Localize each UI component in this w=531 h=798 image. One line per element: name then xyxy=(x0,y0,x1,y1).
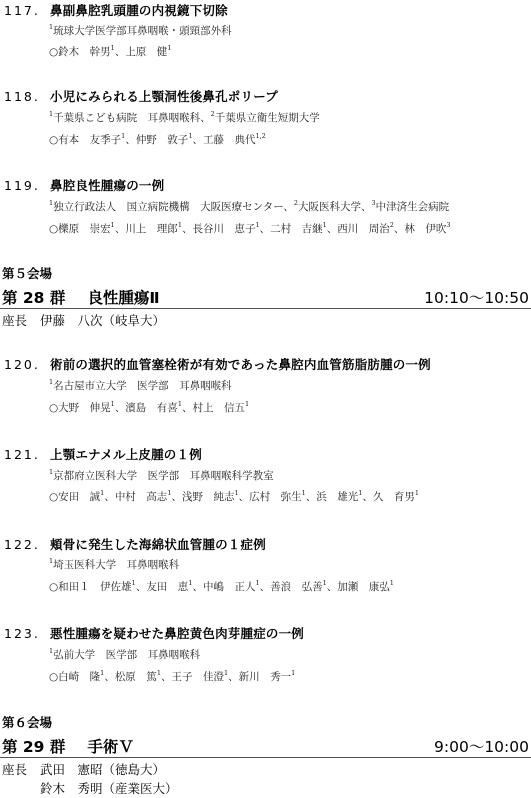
affiliation-line: 1独立行政法人 国立病院機構 大阪医療センター、2大阪医科大学、3中津済生会病院 xyxy=(49,200,449,214)
chairperson-line: 座長武田 憲昭（徳島大） xyxy=(2,762,165,778)
group-title: 第 29 群手術Ｖ xyxy=(2,738,134,756)
chair-name: 鈴木 秀明（産業医大） xyxy=(40,781,178,796)
presentation-number: 117. xyxy=(4,3,50,19)
authors-line: ○鈴木 幹男1、上原 健1 xyxy=(49,45,171,59)
chair-name: 伊藤 八次（岐阜大） xyxy=(40,313,165,328)
presentation-title-120: 120.術前の選択的血管塞栓術が有効であった鼻腔内血管筋脂肪腫の一例 xyxy=(4,357,431,373)
authors-line: ○安田 誠1、中村 高志1、浅野 純志1、広村 弥生1、浜 雄光1、久 育男1 xyxy=(49,490,419,504)
presentation-number: 123. xyxy=(4,626,50,642)
presentation-title-121: 121.上顎エナメル上皮腫の１例 xyxy=(4,447,202,463)
group-header: 第 29 群手術Ｖ 9:00～10:00 xyxy=(0,736,531,758)
affiliation-line: 1弘前大学 医学部 耳鼻咽喉科 xyxy=(49,648,200,662)
affiliation-line: 1京都府立医科大学 医学部 耳鼻咽喉科学教室 xyxy=(49,469,274,483)
authors-line: ○有本 友季子1、仲野 敦子1、工藤 典代1,2 xyxy=(49,133,266,147)
presentation-title-text: 小児にみられる上顎洞性後鼻孔ポリープ xyxy=(50,89,278,104)
presentation-title-text: 上顎エナメル上皮腫の１例 xyxy=(50,447,202,462)
affiliation-line: 1埼玉医科大学 耳鼻咽喉科 xyxy=(49,558,179,572)
room-label: 第５会場 xyxy=(2,266,52,282)
presentation-number: 120. xyxy=(4,357,50,373)
presentation-title-text: 鼻腔良性腫瘍の一例 xyxy=(50,178,164,193)
presentation-number: 121. xyxy=(4,447,50,463)
presentation-title-text: 鼻副鼻腔乳頭腫の内視鏡下切除 xyxy=(50,3,228,18)
chairperson-line: 座長伊藤 八次（岐阜大） xyxy=(2,313,165,329)
authors-line: ○櫟原 崇宏1、川上 理郎1、長谷川 恵子1、二村 吉継1、西川 周治2、林 伊… xyxy=(49,222,451,236)
presentation-title-122: 122.頬骨に発生した海綿状血管腫の１症例 xyxy=(4,537,266,553)
presentation-title-123: 123.悪性腫瘍を疑わせた鼻腔黄色肉芽腫症の一例 xyxy=(4,626,304,642)
authors-line: ○和田１ 伊佐雄1、友田 恵1、中嶋 正人1、善浪 弘善1、加瀬 康弘1 xyxy=(49,580,394,594)
group-label: 第 29 群 xyxy=(2,738,65,756)
presentation-title-text: 悪性腫瘍を疑わせた鼻腔黄色肉芽腫症の一例 xyxy=(50,626,304,641)
session-time: 10:10～10:50 xyxy=(424,289,529,307)
chairperson-line-2: 鈴木 秀明（産業医大） xyxy=(40,781,178,797)
presentation-number: 122. xyxy=(4,537,50,553)
group-name: 良性腫瘍Ⅱ xyxy=(87,289,159,307)
presentation-number: 119. xyxy=(4,178,50,194)
affiliation-line: 1名古屋市立大学 医学部 耳鼻咽喉科 xyxy=(49,379,232,393)
authors-line: ○大野 伸晃1、濱島 有喜1、村上 信五1 xyxy=(49,401,249,415)
group-title: 第 28 群良性腫瘍Ⅱ xyxy=(2,289,160,307)
group-name: 手術Ｖ xyxy=(87,738,134,756)
presentation-title-117: 117.鼻副鼻腔乳頭腫の内視鏡下切除 xyxy=(4,3,228,19)
presentation-title-119: 119.鼻腔良性腫瘍の一例 xyxy=(4,178,164,194)
group-label: 第 28 群 xyxy=(2,289,65,307)
group-header: 第 28 群良性腫瘍Ⅱ 10:10～10:50 xyxy=(0,287,531,309)
presentation-title-text: 頬骨に発生した海綿状血管腫の１症例 xyxy=(50,537,266,552)
chair-label: 座長 xyxy=(2,313,40,329)
authors-line: ○白崎 隆1、松原 篤1、王子 佳澄1、新川 秀一1 xyxy=(49,670,295,684)
chair-label: 座長 xyxy=(2,762,40,778)
affiliation-line: 1千葉県こども病院 耳鼻咽喉科、2千葉県立衛生短期大学 xyxy=(49,111,320,125)
presentation-number: 118. xyxy=(4,89,50,105)
presentation-title-text: 術前の選択的血管塞栓術が有効であった鼻腔内血管筋脂肪腫の一例 xyxy=(50,357,431,372)
presentation-title-118: 118.小児にみられる上顎洞性後鼻孔ポリープ xyxy=(4,89,278,105)
session-time: 9:00～10:00 xyxy=(434,738,529,756)
room-label: 第６会場 xyxy=(2,715,52,731)
affiliation-line: 1琉球大学医学部耳鼻咽喉・頭頸部外科 xyxy=(49,24,232,38)
chair-name: 武田 憲昭（徳島大） xyxy=(40,762,165,777)
